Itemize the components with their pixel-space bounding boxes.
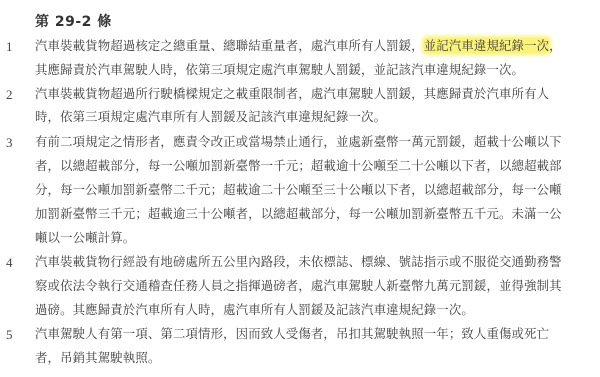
paragraph-line: 噸以一公噸計算。 <box>35 230 135 246</box>
paragraph-line: 者，以總超載部分，每一公噸加罰新臺幣一千元；超載逾十公噸至二十公噸以下者，以總超… <box>35 158 562 174</box>
paragraph-line: 有前二項規定之情形者，應責令改正或當場禁止通行，並處新臺幣一萬元罰鍰，超載十公噸… <box>35 134 562 150</box>
paragraph-number: 4 <box>6 255 20 271</box>
paragraph-number: 5 <box>6 327 20 343</box>
paragraph-line: 分，每一公噸加罰新臺幣二千元；超載逾二十公噸至三十公噸以下者，以總超載部分，每一… <box>35 182 562 198</box>
paragraph-number: 3 <box>6 135 20 151</box>
text-segment: 汽車裝載貨物超過核定之總重量、總聯結重量者，處汽車所有人罰鍰， <box>35 38 424 53</box>
paragraph-line: 其應歸責於汽車駕駛人時，依第三項規定處汽車駕駛人罰鍰，並記該汽車違規紀錄一次。 <box>35 62 524 78</box>
paragraph-line: 者，吊銷其駕駛執照。 <box>35 350 160 366</box>
article-title: 第 29-2 條 <box>35 11 112 31</box>
paragraph-line: 汽車裝載貨物行經設有地磅處所五公里內路段，未依標誌、標線、號誌指示或不服從交通勤… <box>35 254 562 270</box>
paragraph-line: 汽車裝載貨物超過核定之總重量、總聯結重量者，處汽車所有人罰鍰，並記汽車違規紀錄一… <box>35 38 562 54</box>
paragraph-line: 加罰新臺幣三千元；超載逾三十公噸者，以總超載部分，每一公噸加罰新臺幣五千元。未滿… <box>35 206 562 222</box>
paragraph-number: 2 <box>6 87 20 103</box>
highlighted-text: 並記汽車違規紀錄一次 <box>424 38 549 53</box>
paragraph-line: 察或依法令執行交通稽查任務人員之指揮過磅者，處汽車駕駛人新臺幣九萬元罰鍰，並得強… <box>35 278 562 294</box>
paragraph-line: 過磅。其應歸責於汽車所有人時，處汽車所有人罰鍰及記該汽車違規紀錄一次。 <box>35 302 474 318</box>
paragraph-line: 汽車裝載貨物超過所行駛橋樑規定之載重限制者，處汽車駕駛人罰鍰，其應歸責於汽車所有… <box>35 86 549 102</box>
paragraph-line: 汽車駕駛人有第一項、第二項情形，因而致人受傷者，吊扣其駕駛執照一年；致人重傷或死… <box>35 326 549 342</box>
paragraph-number: 1 <box>6 39 20 55</box>
paragraph-line: 時，依第三項規定處汽車所有人罰鍰及記該汽車違規紀錄一次。 <box>35 109 386 125</box>
text-segment: ， <box>549 38 562 53</box>
